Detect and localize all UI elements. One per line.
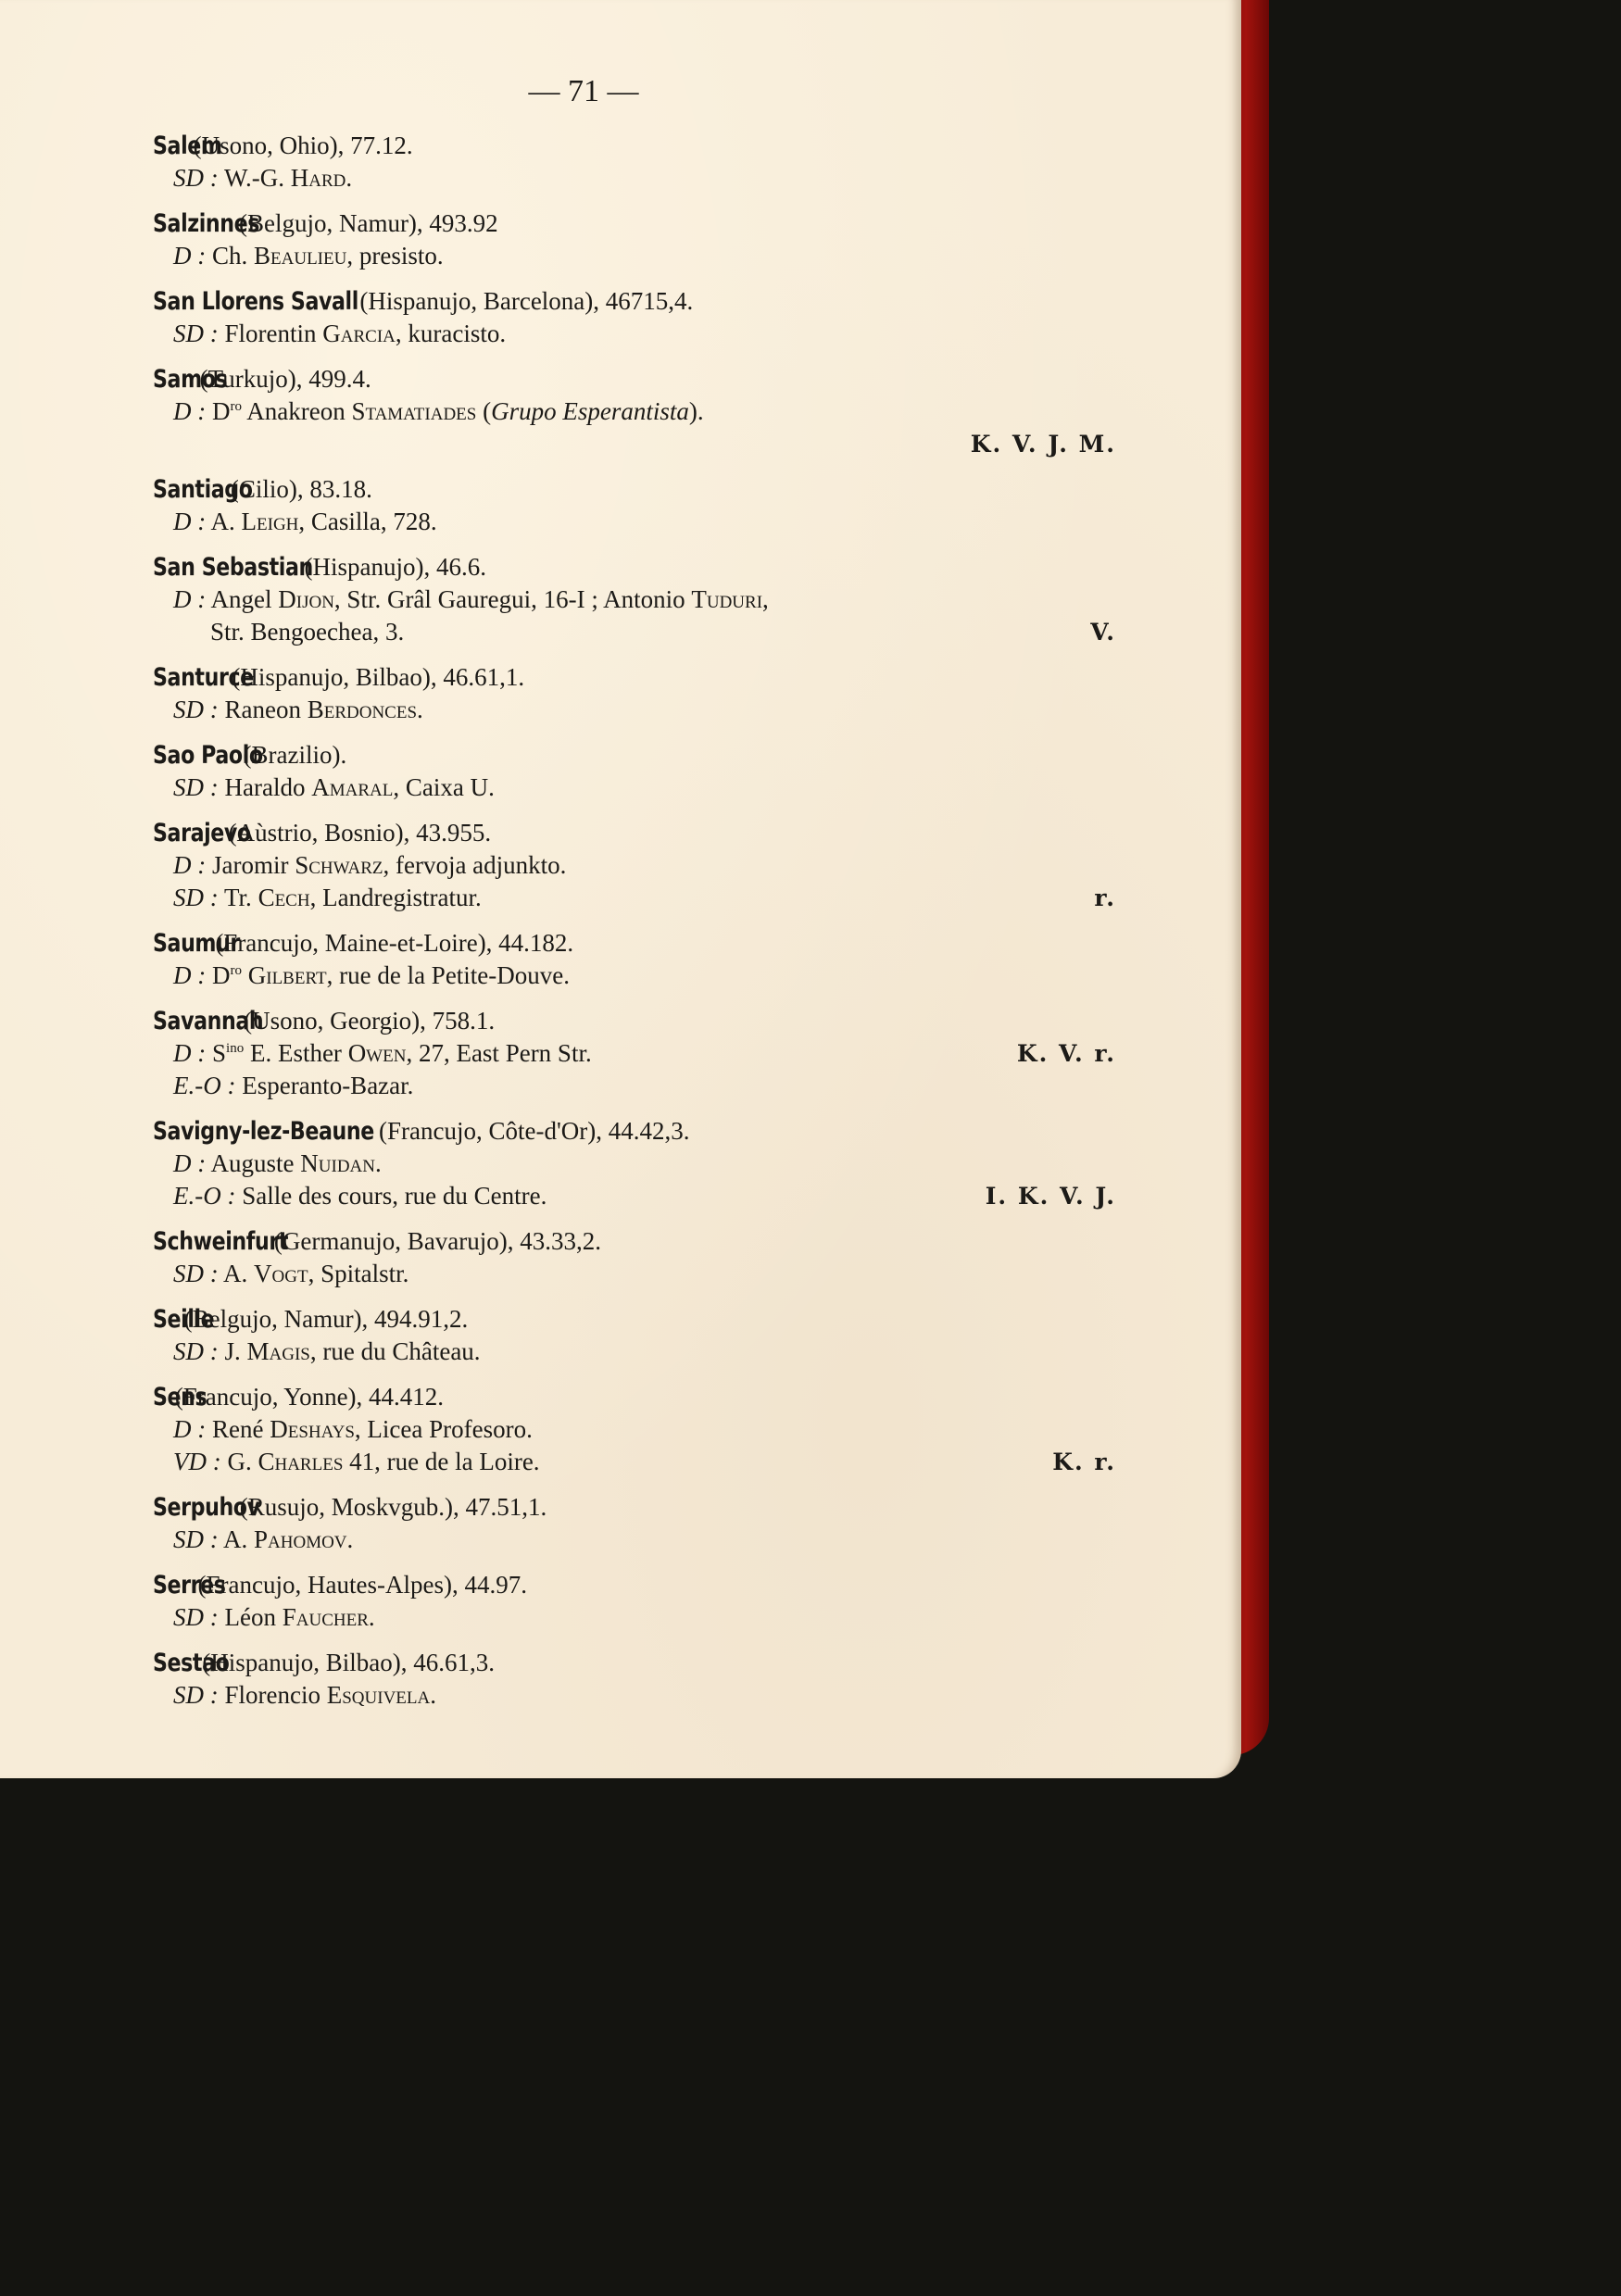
entry-detail-line: D : Auguste Nuidan. (153, 1148, 986, 1180)
entry-heading: Santiago (Cilio), 83.18. (153, 473, 986, 506)
directory-entry: Santiago (Cilio), 83.18.D : A. Leigh, Ca… (153, 473, 986, 538)
city-name: Santurce (153, 661, 254, 694)
detail-text: Auguste (206, 1149, 300, 1177)
directory-entry: Schweinfurt (Germanujo, Bavarujo), 43.33… (153, 1225, 986, 1290)
role-label: VD : (173, 1448, 221, 1475)
detail-text: , Licea Profesoro. (355, 1415, 533, 1443)
detail-text: 41, rue de la Loire. (343, 1448, 539, 1475)
person-surname: Esquivela (327, 1681, 430, 1709)
entry-heading: Seille (Belgujo, Namur), 494.91,2. (153, 1303, 986, 1336)
location-code: (Hispanujo), 46.6. (298, 553, 486, 581)
detail-text: G. (221, 1448, 258, 1475)
detail-text: , (762, 585, 769, 613)
entry-heading: Sestao (Hispanujo, Bilbao), 46.61,3. (153, 1647, 986, 1679)
city-name: Seille (153, 1303, 214, 1336)
person-surname: Schwarz (295, 851, 383, 879)
location-code: (Aùstrio, Bosnio), 43.955. (222, 819, 491, 847)
detail-text: , Spitalstr. (308, 1260, 409, 1287)
entry-detail-line: D : René Deshays, Licea Profesoro. (153, 1413, 986, 1446)
entry-detail-line: D : Ch. Beaulieu, presisto. (153, 240, 986, 272)
detail-text: Anakreon (242, 397, 351, 425)
entry-detail-line: SD : W.-G. Hard. (153, 162, 986, 194)
service-flags: I. K. V. J. (986, 1180, 1116, 1212)
detail-text: D (206, 961, 230, 989)
role-label: D : (173, 508, 206, 535)
detail-text: , Caixa U. (393, 773, 494, 801)
person-surname: Beaulieu (254, 242, 346, 270)
directory-entry: Serpuhov (Rusujo, Moskvgub.), 47.51,1.SD… (153, 1491, 986, 1556)
person-surname: Hard (291, 164, 346, 192)
entry-heading: San Llorens Savall (Hispanujo, Barcelona… (153, 285, 986, 318)
detail-text: , Str. Grâl Gauregui, 16-I ; Antonio (334, 585, 691, 613)
page-number: — 71 — (0, 74, 1167, 109)
role-label: SD : (173, 773, 219, 801)
location-code: (Rusujo, Moskvgub.), 47.51,1. (233, 1493, 547, 1521)
detail-text: , 27, East Pern Str. (406, 1039, 591, 1067)
location-code: (Hispanujo, Barcelona), 46715,4. (354, 287, 694, 315)
detail-text: Florentin (219, 320, 323, 347)
entry-detail-line: D : A. Leigh, Casilla, 728. (153, 506, 986, 538)
city-name: Samos (153, 363, 227, 395)
detail-text: ( (476, 397, 491, 425)
detail-text: , rue du Château. (310, 1337, 481, 1365)
title-superscript: ino (226, 1041, 244, 1056)
detail-text: . (346, 164, 352, 192)
city-name: Saumur (153, 927, 240, 960)
service-flags: V. (1090, 616, 1116, 648)
role-label: D : (173, 851, 206, 879)
person-surname: Gilbert (248, 961, 327, 989)
directory-entry: Seille (Belgujo, Namur), 494.91,2.SD : J… (153, 1303, 986, 1368)
role-label: SD : (173, 1681, 219, 1709)
role-label: SD : (173, 696, 219, 723)
city-name: Sarajevo (153, 817, 251, 849)
entry-detail-line: Str. Bengoechea, 3.V. (153, 616, 986, 648)
detail-text (242, 961, 248, 989)
entry-detail-line: SD : A. Vogt, Spitalstr. (153, 1258, 986, 1290)
detail-text: Jaromir (206, 851, 295, 879)
detail-text: Str. Bengoechea, 3. (210, 618, 404, 646)
entry-detail-line: SD : Tr. Cech, Landregistratur.r. (153, 882, 986, 914)
person-surname: Berdonces (308, 696, 417, 723)
city-name: Serpuhov (153, 1491, 260, 1524)
detail-text: , kuracisto. (396, 320, 506, 347)
detail-text: . (369, 1603, 375, 1631)
directory-entry: Salem (Usono, Ohio), 77.12.SD : W.-G. Ha… (153, 130, 986, 194)
entry-detail-line: E.-O : Salle des cours, rue du Centre.I.… (153, 1180, 986, 1212)
role-label: SD : (173, 1337, 219, 1365)
detail-text: René (206, 1415, 270, 1443)
role-label: SD : (173, 1603, 219, 1631)
entry-heading: Samos (Turkujo), 499.4. (153, 363, 986, 395)
role-label: D : (173, 1149, 206, 1177)
detail-text: . (430, 1681, 436, 1709)
entry-detail-line: D : Angel Dijon, Str. Grâl Gauregui, 16-… (153, 583, 986, 616)
role-label: D : (173, 397, 206, 425)
person-surname: Deshays (270, 1415, 355, 1443)
directory-entry: Santurce (Hispanujo, Bilbao), 46.61,1.SD… (153, 661, 986, 726)
entry-detail-line: E.-O : Esperanto-Bazar. (153, 1070, 986, 1102)
service-flags: r. (1094, 882, 1116, 914)
detail-text: . (417, 696, 423, 723)
role-label: E.-O : (173, 1182, 235, 1210)
entry-heading: Sarajevo (Aùstrio, Bosnio), 43.955. (153, 817, 986, 849)
detail-text: Ch. (206, 242, 254, 270)
city-name: Sestao (153, 1647, 229, 1679)
detail-text: , Casilla, 728. (298, 508, 436, 535)
role-label: D : (173, 1415, 206, 1443)
person-surname: Amaral (311, 773, 393, 801)
entry-heading: Sens (Francujo, Yonne), 44.412. (153, 1381, 986, 1413)
entry-detail-line: D : Dro Gilbert, rue de la Petite-Douve. (153, 960, 986, 992)
entry-heading: Serpuhov (Rusujo, Moskvgub.), 47.51,1. (153, 1491, 986, 1524)
entry-heading: Savigny-lez-Beaune (Francujo, Côte-d'Or)… (153, 1115, 986, 1148)
directory-entry: Savigny-lez-Beaune (Francujo, Côte-d'Or)… (153, 1115, 986, 1212)
detail-text: W.-G. (219, 164, 291, 192)
service-flags: K. V. r. (1017, 1037, 1116, 1070)
detail-text: A. (206, 508, 241, 535)
entry-detail-line: D : Jaromir Schwarz, fervoja adjunkto. (153, 849, 986, 882)
detail-text: E. Esther (244, 1039, 347, 1067)
detail-text: . (347, 1525, 354, 1553)
person-surname: Nuidan (300, 1149, 375, 1177)
role-label: SD : (173, 1260, 219, 1287)
city-name: Santiago (153, 473, 253, 506)
person-surname: Magis (247, 1337, 310, 1365)
role-label: SD : (173, 1525, 219, 1553)
entry-detail-line: SD : A. Pahomov. (153, 1524, 986, 1556)
directory-entry: Serres (Francujo, Hautes-Alpes), 44.97.S… (153, 1569, 986, 1634)
entry-detail-line: SD : Raneon Berdonces. (153, 694, 986, 726)
location-code: (Francujo, Hautes-Alpes), 44.97. (192, 1571, 527, 1599)
city-name: Serres (153, 1569, 226, 1601)
entry-detail-line: VD : G. Charles 41, rue de la Loire.K. r… (153, 1446, 986, 1478)
directory-entry: Sao Paolo (Brazilio).SD : Haraldo Amaral… (153, 739, 986, 804)
directory-entry: Savannah (Usono, Georgio), 758.1.D : Sin… (153, 1005, 986, 1102)
role-label: D : (173, 242, 206, 270)
person-surname: Stamatiades (351, 397, 476, 425)
directory-entry: San Llorens Savall (Hispanujo, Barcelona… (153, 285, 986, 350)
person-surname: Pahomov (254, 1525, 347, 1553)
title-superscript: ro (231, 963, 243, 978)
entry-heading: Savannah (Usono, Georgio), 758.1. (153, 1005, 986, 1037)
detail-text: , fervoja adjunkto. (383, 851, 566, 879)
directory-entry: Sestao (Hispanujo, Bilbao), 46.61,3.SD :… (153, 1647, 986, 1712)
entry-detail-line: D : Dro Anakreon Stamatiades (Grupo Espe… (153, 395, 986, 428)
entry-heading: Salem (Usono, Ohio), 77.12. (153, 130, 986, 162)
person-surname: Dijon (278, 585, 334, 613)
role-label: D : (173, 585, 206, 613)
detail-text: Raneon (219, 696, 308, 723)
detail-text: Haraldo (219, 773, 311, 801)
city-name: Salem (153, 130, 222, 162)
role-label: SD : (173, 320, 219, 347)
directory-entry: Saumur (Francujo, Maine-et-Loire), 44.18… (153, 927, 986, 992)
entry-detail-line: SD : Léon Faucher. (153, 1601, 986, 1634)
city-name: Savigny-lez-Beaune (153, 1115, 374, 1148)
entry-heading: Serres (Francujo, Hautes-Alpes), 44.97. (153, 1569, 986, 1601)
detail-text: D (206, 397, 230, 425)
entry-detail-line: SD : Florentin Garcia, kuracisto. (153, 318, 986, 350)
detail-text: , Landregistratur. (310, 884, 482, 911)
location-code: (Francujo, Maine-et-Loire), 44.182. (209, 929, 574, 957)
detail-text: Angel (206, 585, 278, 613)
detail-text: . (375, 1149, 382, 1177)
directory-entry: San Sebastian (Hispanujo), 46.6.D : Ange… (153, 551, 986, 648)
entry-heading: Saumur (Francujo, Maine-et-Loire), 44.18… (153, 927, 986, 960)
detail-text: , rue de la Petite-Douve. (327, 961, 570, 989)
city-name: Sens (153, 1381, 207, 1413)
entry-detail-line: SD : J. Magis, rue du Château. (153, 1336, 986, 1368)
entry-detail-line: D : Sino E. Esther Owen, 27, East Pern S… (153, 1037, 986, 1070)
entry-heading: Santurce (Hispanujo, Bilbao), 46.61,1. (153, 661, 986, 694)
detail-text: A. (219, 1525, 254, 1553)
directory-entry: Samos (Turkujo), 499.4.D : Dro Anakreon … (153, 363, 986, 460)
person-surname: Garcia (322, 320, 396, 347)
directory-entry: Sarajevo (Aùstrio, Bosnio), 43.955.D : J… (153, 817, 986, 914)
city-name: San Sebastian (153, 551, 313, 583)
role-label: E.-O : (173, 1072, 235, 1099)
service-flags: K. V. J. M. (153, 428, 1116, 460)
service-flags: K. r. (1052, 1446, 1116, 1478)
entry-detail-line: SD : Florencio Esquivela. (153, 1679, 986, 1712)
entry-detail-line: SD : Haraldo Amaral, Caixa U. (153, 772, 986, 804)
detail-text: Léon (219, 1603, 283, 1631)
book-page: — 71 — Salem (Usono, Ohio), 77.12.SD : W… (0, 0, 1241, 1778)
entry-heading: Salzinnes (Belgujo, Namur), 493.92 (153, 207, 986, 240)
person-surname: Leigh (242, 508, 299, 535)
directory-entry: Salzinnes (Belgujo, Namur), 493.92D : Ch… (153, 207, 986, 272)
city-name: San Llorens Savall (153, 285, 358, 318)
entry-heading: San Sebastian (Hispanujo), 46.6. (153, 551, 986, 583)
person-surname: Faucher (283, 1603, 369, 1631)
role-label: SD : (173, 164, 219, 192)
city-name: Savannah (153, 1005, 263, 1037)
detail-text: A. (219, 1260, 254, 1287)
location-code: (Hispanujo, Bilbao), 46.61,1. (226, 663, 524, 691)
detail-text: ). (689, 397, 704, 425)
person-surname: Tuduri (691, 585, 762, 613)
entry-heading: Schweinfurt (Germanujo, Bavarujo), 43.33… (153, 1225, 986, 1258)
detail-text: Tr. (219, 884, 258, 911)
location-code: (Belgujo, Namur), 493.92 (232, 209, 497, 237)
city-name: Sao Paolo (153, 739, 263, 772)
role-label: D : (173, 1039, 206, 1067)
group-name: Grupo Esperantista (491, 397, 689, 425)
title-superscript: ro (231, 399, 243, 414)
role-label: SD : (173, 884, 219, 911)
location-code: (Francujo, Yonne), 44.412. (169, 1383, 444, 1411)
directory-entries: Salem (Usono, Ohio), 77.12.SD : W.-G. Ha… (153, 130, 986, 1725)
person-surname: Owen (348, 1039, 407, 1067)
entry-heading: Sao Paolo (Brazilio). (153, 739, 986, 772)
location-code: (Belgujo, Namur), 494.91,2. (178, 1305, 468, 1333)
person-surname: Charles (258, 1448, 343, 1475)
location-code: (Germanujo, Bavarujo), 43.33,2. (268, 1227, 601, 1255)
person-surname: Cech (258, 884, 310, 911)
role-label: D : (173, 961, 206, 989)
detail-text: Florencio (219, 1681, 327, 1709)
city-name: Salzinnes (153, 207, 259, 240)
detail-text: Salle des cours, rue du Centre. (235, 1182, 547, 1210)
location-code: (Francujo, Côte-d'Or), 44.42,3. (372, 1117, 689, 1145)
directory-entry: Sens (Francujo, Yonne), 44.412.D : René … (153, 1381, 986, 1478)
detail-text: , presisto. (346, 242, 443, 270)
person-surname: Vogt (254, 1260, 308, 1287)
detail-text: S (206, 1039, 226, 1067)
location-code: (Hispanujo, Bilbao), 46.61,3. (196, 1649, 495, 1676)
location-code: (Usono, Georgio), 758.1. (237, 1007, 495, 1035)
detail-text: J. (219, 1337, 247, 1365)
detail-text: Esperanto-Bazar. (235, 1072, 413, 1099)
city-name: Schweinfurt (153, 1225, 288, 1258)
